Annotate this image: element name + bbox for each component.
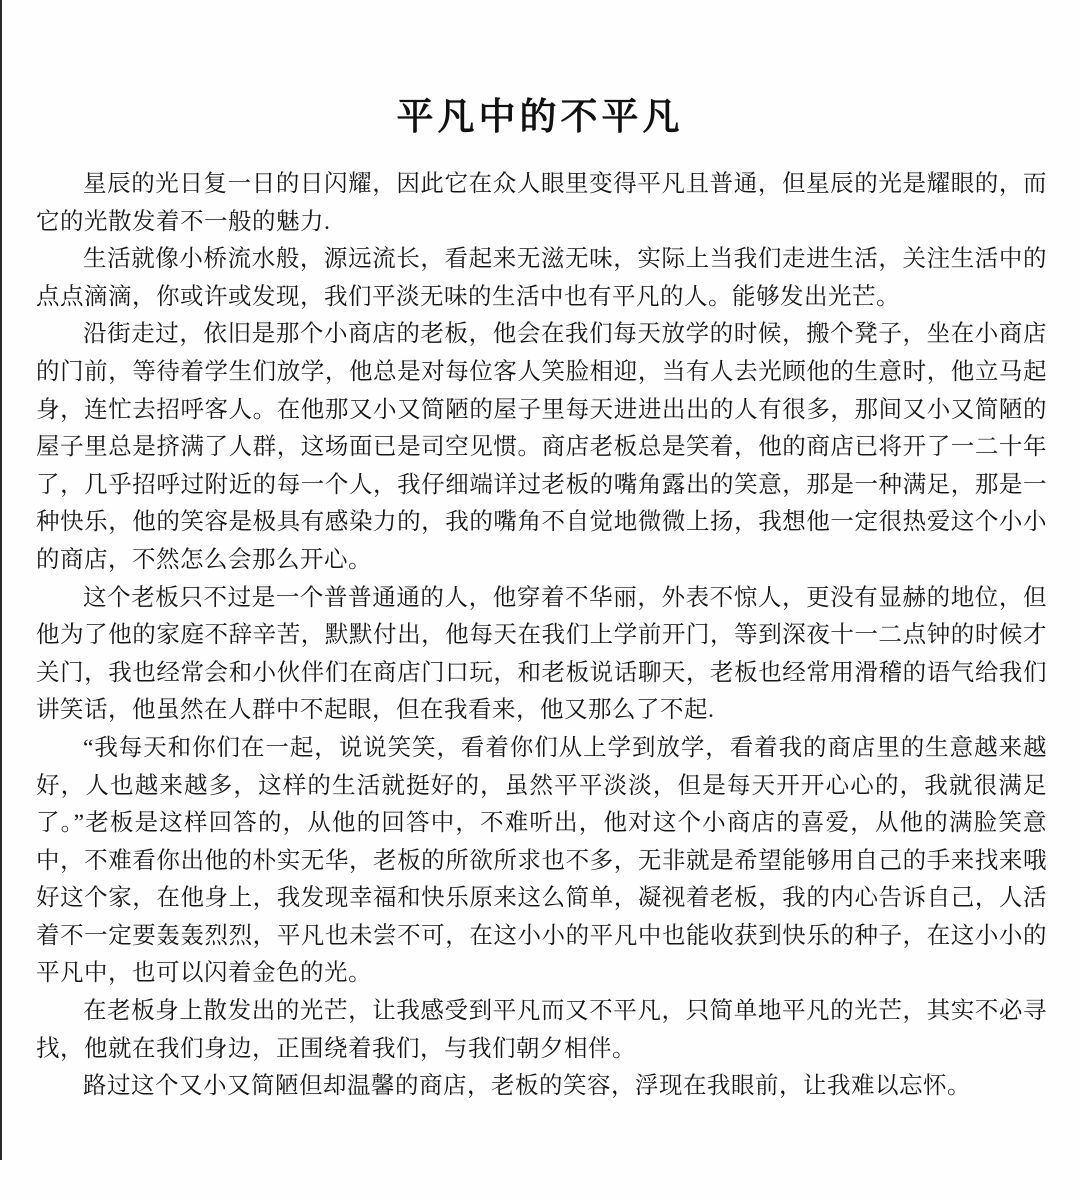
essay-paragraph-5: “我每天和你们在一起，说说笑笑，看着你们从上学到放学，看着我的商店里的生意越来越…	[36, 730, 1047, 993]
document-page: 平凡中的不平凡 星辰的光日复一日的日闪耀，因此它在众人眼里变得平凡且普通，但星辰…	[0, 0, 1080, 1201]
essay-paragraph-2: 生活就像小桥流水般，源远流长，看起来无滋无味，实际上当我们走进生活，关注生活中的…	[36, 241, 1047, 316]
essay-paragraph-3: 沿街走过，依旧是那个小商店的老板，他会在我们每天放学的时候，搬个凳子，坐在小商店…	[36, 316, 1047, 579]
essay-body: 星辰的光日复一日的日闪耀，因此它在众人眼里变得平凡且普通，但星辰的光是耀眼的，而…	[0, 166, 1080, 1106]
essay-title: 平凡中的不平凡	[0, 0, 1080, 140]
scan-edge-line	[0, 0, 2, 1160]
essay-paragraph-4: 这个老板只不过是一个普普通通的人，他穿着不华丽，外表不惊人，更没有显赫的地位，但…	[36, 580, 1047, 730]
essay-paragraph-1: 星辰的光日复一日的日闪耀，因此它在众人眼里变得平凡且普通，但星辰的光是耀眼的，而…	[36, 166, 1047, 241]
essay-paragraph-7: 路过这个又小又简陋但却温馨的商店，老板的笑容，浮现在我眼前，让我难以忘怀。	[36, 1068, 1047, 1106]
essay-paragraph-6: 在老板身上散发出的光芒，让我感受到平凡而又不平凡，只简单地平凡的光芒，其实不必寻…	[36, 993, 1047, 1068]
